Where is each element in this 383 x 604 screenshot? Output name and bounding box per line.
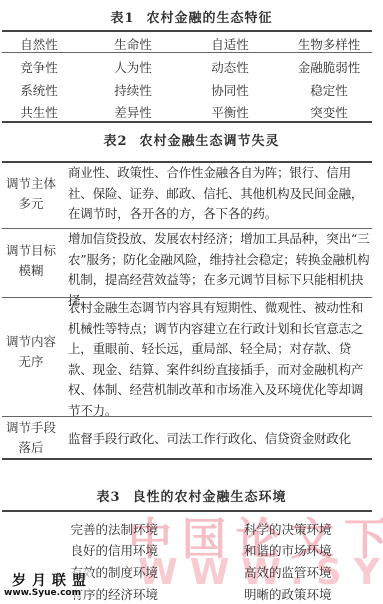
table2-title: 农村金融生态调节失灵 [140,134,280,149]
table3-number: 表3 [96,490,120,505]
table1-cell: 持续性 [98,81,168,99]
table1-top-rule [2,30,372,32]
table2-row-text: 监督手段行政化、司法工作行政化、信贷资金财政化 [68,429,374,450]
table1-title: 农村金融的生态特征 [147,11,273,26]
table3-right-item: 科学的决策环境 [244,520,354,538]
table1-caption: 表1农村金融的生态特征 [0,7,383,26]
table1-cell: 协同性 [195,81,265,99]
table1-row: 系统性 持续性 协同性 稳定性 [0,81,383,101]
table2-row-rule [2,416,372,417]
table1-cell: 共生性 [4,103,74,121]
table3-right-item: 明晰的政策环境 [244,585,354,603]
table3-right-item: 和谐的市场环境 [244,541,354,559]
table2-caption: 表2农村金融生态调节失灵 [0,130,383,149]
table2-row-label: 调节目标模糊 [6,241,56,281]
table2-row-text: 商业性、政策性、合作性金融各自为阵；银行、信用社、保险、证券、邮政、信托、其他机… [68,163,374,225]
table2-bottom-rule [2,458,372,460]
table1-cell: 差异性 [98,103,168,121]
table2-row-label: 调节主体多元 [6,174,56,214]
table1-cell: 生命性 [98,35,168,53]
table1-row: 竞争性 人为性 动态性 金融脆弱性 [0,58,383,78]
table3-left-item: 完善的法制环境 [58,520,158,538]
table2-row-label: 调节手段落后 [6,418,56,458]
table2-number: 表2 [103,134,127,149]
table1-cell: 生物多样性 [284,35,374,53]
table1-number: 表1 [110,11,134,26]
table1-cell: 稳定性 [284,81,374,99]
table1-row: 共生性 差异性 平衡性 突变性 [0,103,383,123]
table1-cell: 动态性 [195,58,265,76]
logo-watermark-url: www.Syue.com [4,588,81,598]
table2-row-text: 农村金融生态调节内容具有短期性、微观性、被动性和机械性等特点；调节内容建立在行政… [68,298,374,421]
logo-watermark-title: 岁月联盟 [12,570,92,590]
table1-cell: 突变性 [284,103,374,121]
table1-header-rule [2,52,372,53]
table1-cell: 系统性 [4,81,74,99]
table1-cell: 金融脆弱性 [284,58,374,76]
table3-left-item: 良好的信用环境 [58,541,158,559]
table1-cell: 人为性 [98,58,168,76]
table1-cell: 自适性 [195,35,265,53]
table1-bottom-rule [2,121,372,123]
table1-cell: 竞争性 [4,58,74,76]
table2-row-label: 调节内容无序 [6,332,56,372]
table3-right-item: 高效的监管环境 [244,563,354,581]
table1-cell: 自然性 [4,35,74,53]
table1-cell: 平衡性 [195,103,265,121]
